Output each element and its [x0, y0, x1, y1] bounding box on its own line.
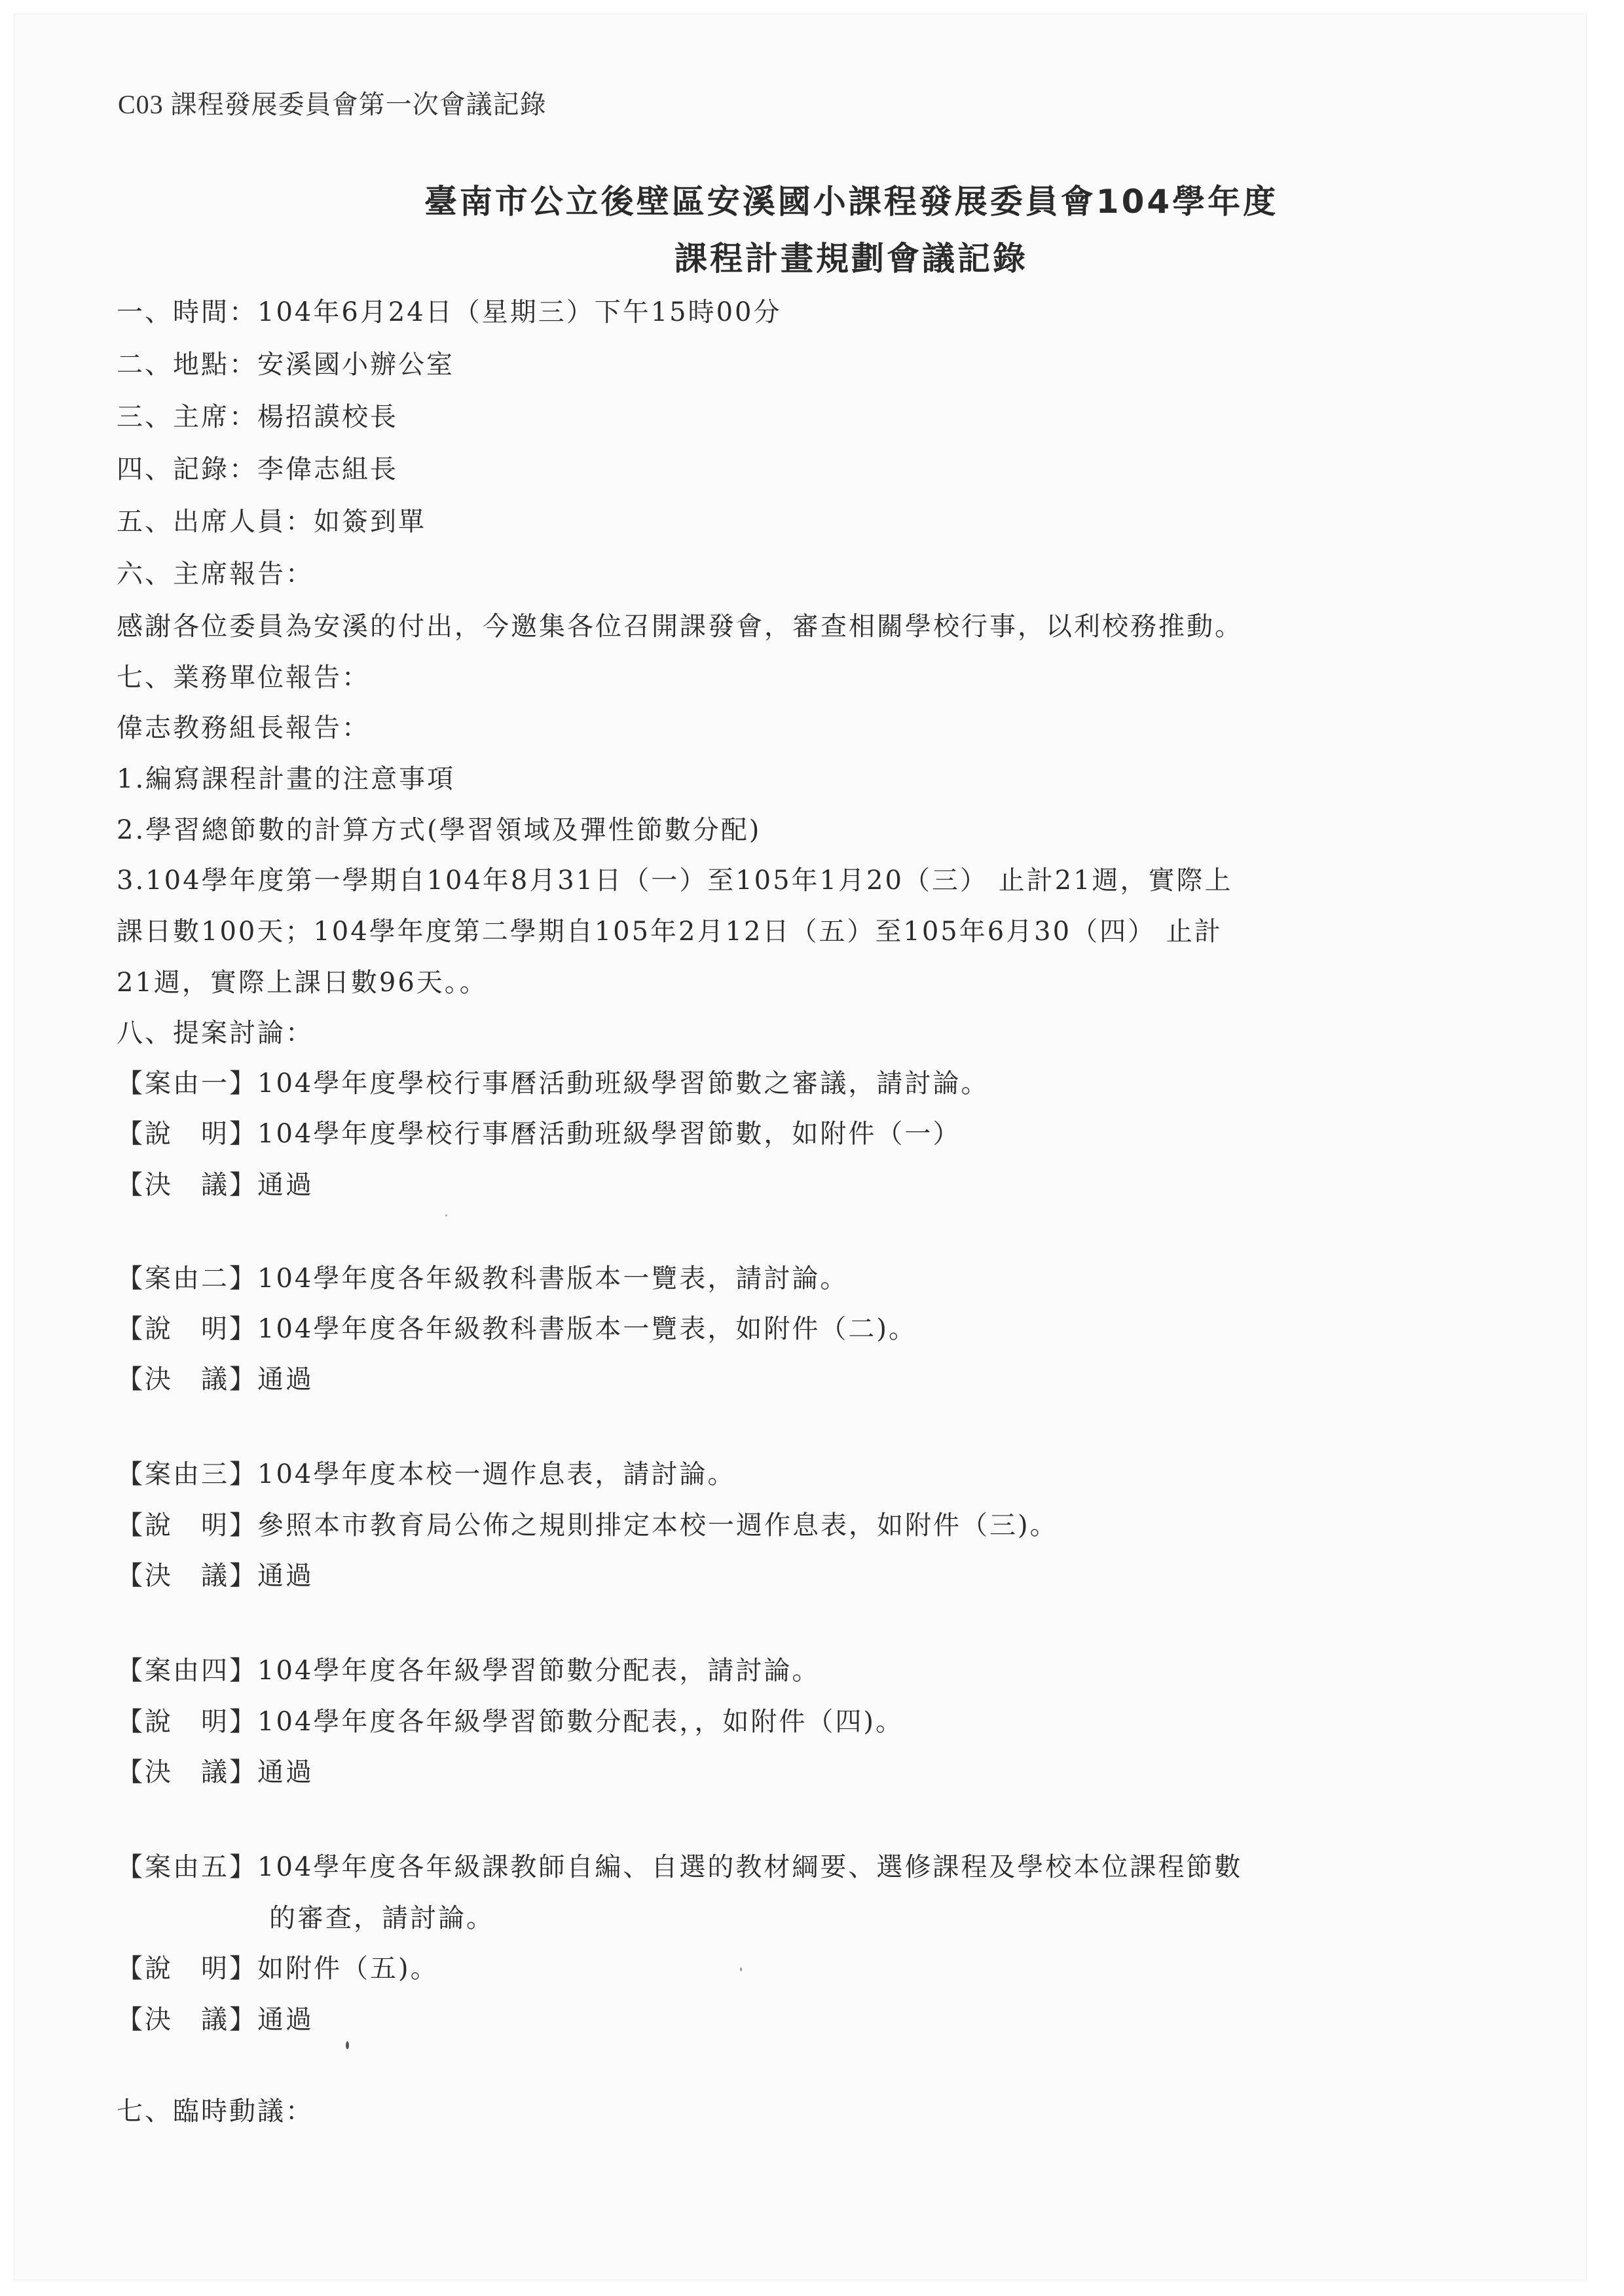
scan-speck	[445, 1214, 447, 1216]
resolution-text: 通過	[257, 1561, 314, 1591]
meeting-attendees: 五、出席人員：如簽到單	[117, 505, 426, 538]
desc-text: 104學年度學校行事曆活動班級學習節數，如附件（一）	[257, 1119, 961, 1149]
proposal-case-5: 【案由五】104學年度各年級課教師自編、自選的教材綱要、選修課程及學校本位課程節…	[117, 1851, 1242, 1884]
proposal-case-2: 【案由二】104學年度各年級教科書版本一覽表，請討論。	[117, 1262, 848, 1295]
unit-report-item: 2.學習總節數的計算方式(學習領域及彈性節數分配)	[117, 814, 761, 847]
case-text: 104學年度本校一週作息表，請討論。	[257, 1459, 735, 1489]
proposal-case-1: 【案由一】104學年度學校行事曆活動班級學習節數之審議，請討論。	[117, 1067, 989, 1100]
chair-report-text: 感謝各位委員為安溪的付出，今邀集各位召開課發會，審查相關學校行事，以利校務推動。	[117, 610, 1243, 643]
case-label: 【案由一】	[117, 1067, 257, 1100]
scan-speck	[346, 2041, 349, 2049]
desc-label: 【說 明】	[117, 1313, 257, 1345]
proposal-resolution-2: 【決 議】通過	[117, 1363, 314, 1396]
proposal-resolution-4: 【決 議】通過	[117, 1756, 314, 1789]
case-text: 104學年度各年級教科書版本一覽表，請討論。	[257, 1264, 848, 1294]
desc-label: 【說 明】	[117, 1118, 257, 1150]
document-title-line-2: 課程計畫規劃會議記錄	[39, 232, 1624, 280]
scan-speck	[740, 1967, 742, 1971]
meeting-chair: 三、主席：楊招謨校長	[117, 401, 398, 433]
proposal-resolution-1: 【決 議】通過	[117, 1169, 314, 1201]
proposal-case-4: 【案由四】104學年度各年級學習節數分配表，請討論。	[117, 1654, 820, 1687]
proposal-desc-3: 【說 明】參照本市教育局公佈之規則排定本校一週作息表，如附件（三)。	[117, 1509, 1058, 1542]
proposal-case-5-cont: 的審查，請討論。	[117, 1902, 494, 1935]
meeting-recorder: 四、記錄：李偉志組長	[117, 453, 398, 486]
desc-text: 104學年度各年級學習節數分配表，，如附件（四)。	[257, 1707, 904, 1737]
case-label: 【案由五】	[117, 1851, 257, 1884]
meeting-place: 二、地點：安溪國小辦公室	[117, 348, 454, 381]
desc-label: 【說 明】	[117, 1509, 257, 1542]
unit-report-heading: 七、業務單位報告：	[117, 661, 370, 694]
proposal-desc-4: 【說 明】104學年度各年級學習節數分配表，，如附件（四)。	[117, 1705, 904, 1738]
chair-report-heading: 六、主席報告：	[117, 558, 314, 591]
document-header-tag: C03 課程發展委員會第一次會議記錄	[118, 84, 547, 121]
case-text: 104學年度各年級課教師自編、自選的教材綱要、選修課程及學校本位課程節數	[257, 1852, 1242, 1882]
proposal-resolution-5: 【決 議】通過	[117, 2003, 314, 2036]
resolution-text: 通過	[257, 1170, 314, 1200]
resolution-text: 通過	[257, 2005, 314, 2035]
proposal-desc-2: 【說 明】104學年度各年級教科書版本一覽表，如附件（二)。	[117, 1313, 917, 1345]
proposal-desc-1: 【說 明】104學年度學校行事曆活動班級學習節數，如附件（一）	[117, 1118, 961, 1150]
proposals-heading: 八、提案討論：	[117, 1017, 314, 1049]
case-label: 【案由二】	[117, 1262, 257, 1295]
proposal-desc-5: 【說 明】如附件（五)。	[117, 1952, 439, 1985]
resolution-text: 通過	[257, 1364, 314, 1394]
resolution-label: 【決 議】	[117, 2003, 257, 2036]
case-label: 【案由三】	[117, 1458, 257, 1491]
unit-report-reporter: 偉志教務組長報告：	[117, 712, 370, 744]
desc-label: 【說 明】	[117, 1952, 257, 1985]
meeting-time: 一、時間：104年6月24日（星期三）下午15時00分	[117, 296, 782, 329]
resolution-label: 【決 議】	[117, 1756, 257, 1789]
case-text: 104學年度各年級學習節數分配表，請討論。	[257, 1656, 820, 1686]
unit-report-item: 1.編寫課程計畫的注意事項	[117, 763, 455, 795]
unit-report-item-cont: 21週，實際上課日數96天。。	[117, 966, 488, 999]
case-text: 104學年度學校行事曆活動班級學習節數之審議，請討論。	[257, 1068, 989, 1099]
unit-report-item-cont: 課日數100天；104學年度第二學期自105年2月12日（五）至105年6月30…	[117, 915, 1223, 948]
unit-report-item: 3.104學年度第一學期自104年8月31日（一）至105年1月20（三） 止計…	[117, 864, 1233, 897]
extempore-motions-heading: 七、臨時動議：	[117, 2095, 314, 2128]
resolution-label: 【決 議】	[117, 1363, 257, 1396]
desc-label: 【說 明】	[117, 1705, 257, 1738]
proposal-case-3: 【案由三】104學年度本校一週作息表，請討論。	[117, 1458, 735, 1491]
desc-text: 104學年度各年級教科書版本一覽表，如附件（二)。	[257, 1314, 917, 1344]
document-title-line-1: 臺南市公立後壁區安溪國小課程發展委員會104學年度	[39, 175, 1624, 223]
case-label: 【案由四】	[117, 1654, 257, 1687]
resolution-label: 【決 議】	[117, 1169, 257, 1201]
proposal-resolution-3: 【決 議】通過	[117, 1559, 314, 1592]
resolution-label: 【決 議】	[117, 1559, 257, 1592]
desc-text: 如附件（五)。	[257, 1954, 439, 1984]
resolution-text: 通過	[257, 1757, 314, 1787]
desc-text: 參照本市教育局公佈之規則排定本校一週作息表，如附件（三)。	[257, 1510, 1058, 1540]
